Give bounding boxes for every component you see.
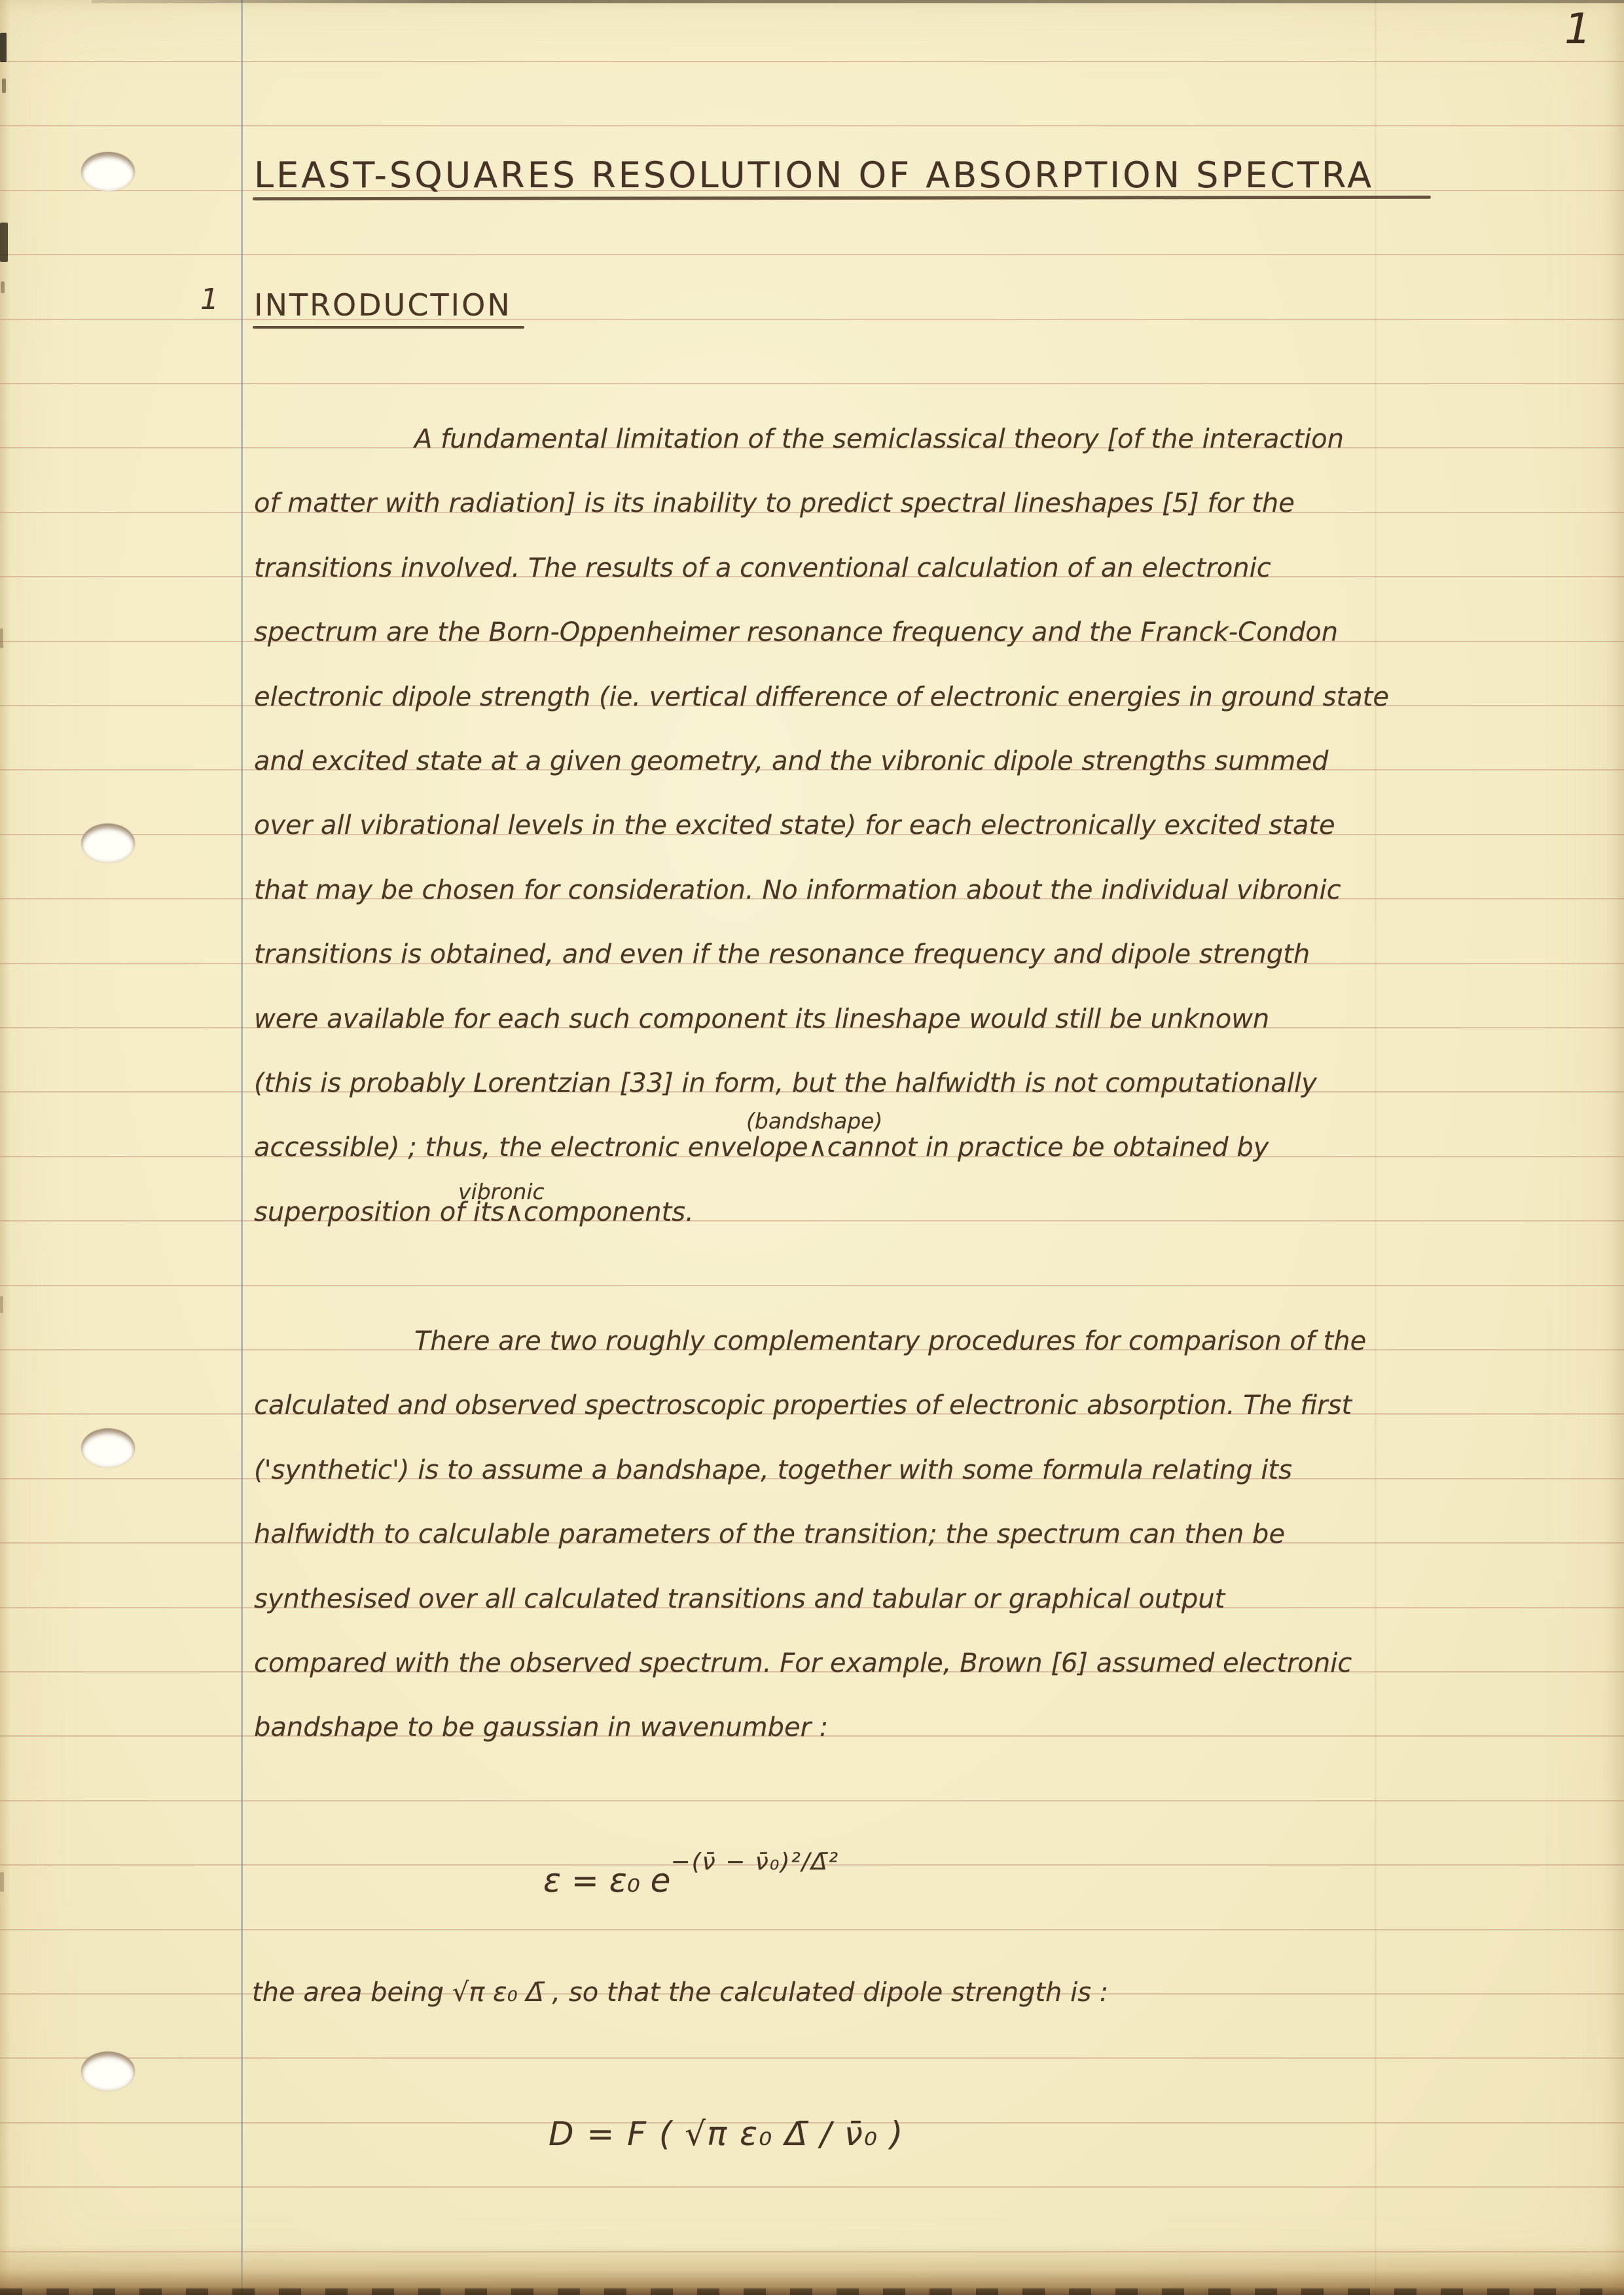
handwritten-line: superposition of its∧components. <box>254 1180 1389 1244</box>
edge-mark <box>0 1296 3 1313</box>
handwritten-line: (this is probably Lorentzian [33] in for… <box>254 1051 1389 1115</box>
torn-left-edge <box>0 0 10 2295</box>
handwritten-line: A fundamental limitation of the semiclas… <box>254 407 1389 471</box>
edge-mark <box>0 223 8 262</box>
notebook-page: 1 LEAST-SQUARES RESOLUTION OF ABSORPTION… <box>0 0 1624 2295</box>
handwritten-line: bandshape to be gaussian in wavenumber : <box>254 1695 1366 1760</box>
punch-hole <box>81 1428 135 1468</box>
edge-mark <box>2 79 6 93</box>
edge-mark <box>0 628 3 648</box>
edge-mark <box>0 1872 4 1892</box>
paragraph-2: There are two roughly complementary proc… <box>254 1309 1366 1760</box>
equation-dipole-strength: D = F ( √π ε₀ Δ̄ ∕ ν̄₀ ) <box>549 2101 904 2167</box>
handwritten-line: and excited state at a given geometry, a… <box>254 729 1389 793</box>
equation-gaussian-bandshape: ε = ε₀ e−(ν̄ − ν̄₀)²∕Δ̄² <box>543 1826 839 1917</box>
scan-bottom-mottle <box>0 2288 1624 2295</box>
handwritten-line: were available for each such component i… <box>254 987 1389 1051</box>
margin-line <box>241 0 243 2295</box>
ruled-line <box>0 254 1624 255</box>
handwritten-line: over all vibrational levels in the excit… <box>254 793 1389 858</box>
document-title: LEAST-SQUARES RESOLUTION OF ABSORPTION S… <box>254 156 1374 195</box>
handwritten-line: of matter with radiation] is its inabili… <box>254 471 1389 535</box>
scan-top-edge <box>92 0 1624 3</box>
scan-bottom-edge <box>0 2244 1624 2295</box>
title-underline <box>253 196 1431 201</box>
insertion-vibronic: vibronic <box>458 1180 545 1204</box>
punch-hole <box>81 152 135 191</box>
page-number: 1 <box>1564 7 1591 52</box>
ruled-line <box>0 383 1624 384</box>
handwritten-line: There are two roughly complementary proc… <box>254 1309 1366 1373</box>
ruled-line <box>0 1800 1624 1801</box>
punch-hole <box>81 2051 135 2091</box>
handwritten-line: compared with the observed spectrum. For… <box>254 1631 1366 1695</box>
insertion-bandshape: (bandshape) <box>746 1109 882 1134</box>
section-number: 1 <box>200 283 219 316</box>
handwritten-line: spectrum are the Born-Oppenheimer resona… <box>254 600 1389 664</box>
ruled-line <box>0 1929 1624 1930</box>
edge-mark <box>0 33 7 62</box>
edge-mark <box>1 281 5 293</box>
ruled-line <box>0 2057 1624 2059</box>
handwritten-line: calculated and observed spectroscopic pr… <box>254 1373 1366 1437</box>
handwritten-line: electronic dipole strength (ie. vertical… <box>254 665 1389 729</box>
area-sentence: the area being √π ε₀ Δ̄ , so that the ca… <box>252 1973 1108 2012</box>
handwritten-line: transitions involved. The results of a c… <box>254 536 1389 600</box>
ruled-line <box>0 1285 1624 1286</box>
ruled-line <box>0 319 1624 320</box>
ruled-line <box>0 2186 1624 2188</box>
section-heading: INTRODUCTION <box>254 288 512 322</box>
handwritten-line: transitions is obtained, and even if the… <box>254 922 1389 986</box>
handwritten-line: that may be chosen for consideration. No… <box>254 858 1389 922</box>
equation-exponent: −(ν̄ − ν̄₀)²∕Δ̄² <box>670 1849 839 1875</box>
punch-hole <box>81 823 135 863</box>
ruled-line <box>0 61 1624 62</box>
handwritten-line: halfwidth to calculable parameters of th… <box>254 1502 1366 1566</box>
heading-underline <box>253 326 524 329</box>
handwritten-line: ('synthetic') is to assume a bandshape, … <box>254 1438 1366 1502</box>
handwritten-line: synthesised over all calculated transiti… <box>254 1567 1366 1631</box>
equation-base: ε = ε₀ e <box>543 1862 670 1900</box>
ruled-line <box>0 125 1624 126</box>
